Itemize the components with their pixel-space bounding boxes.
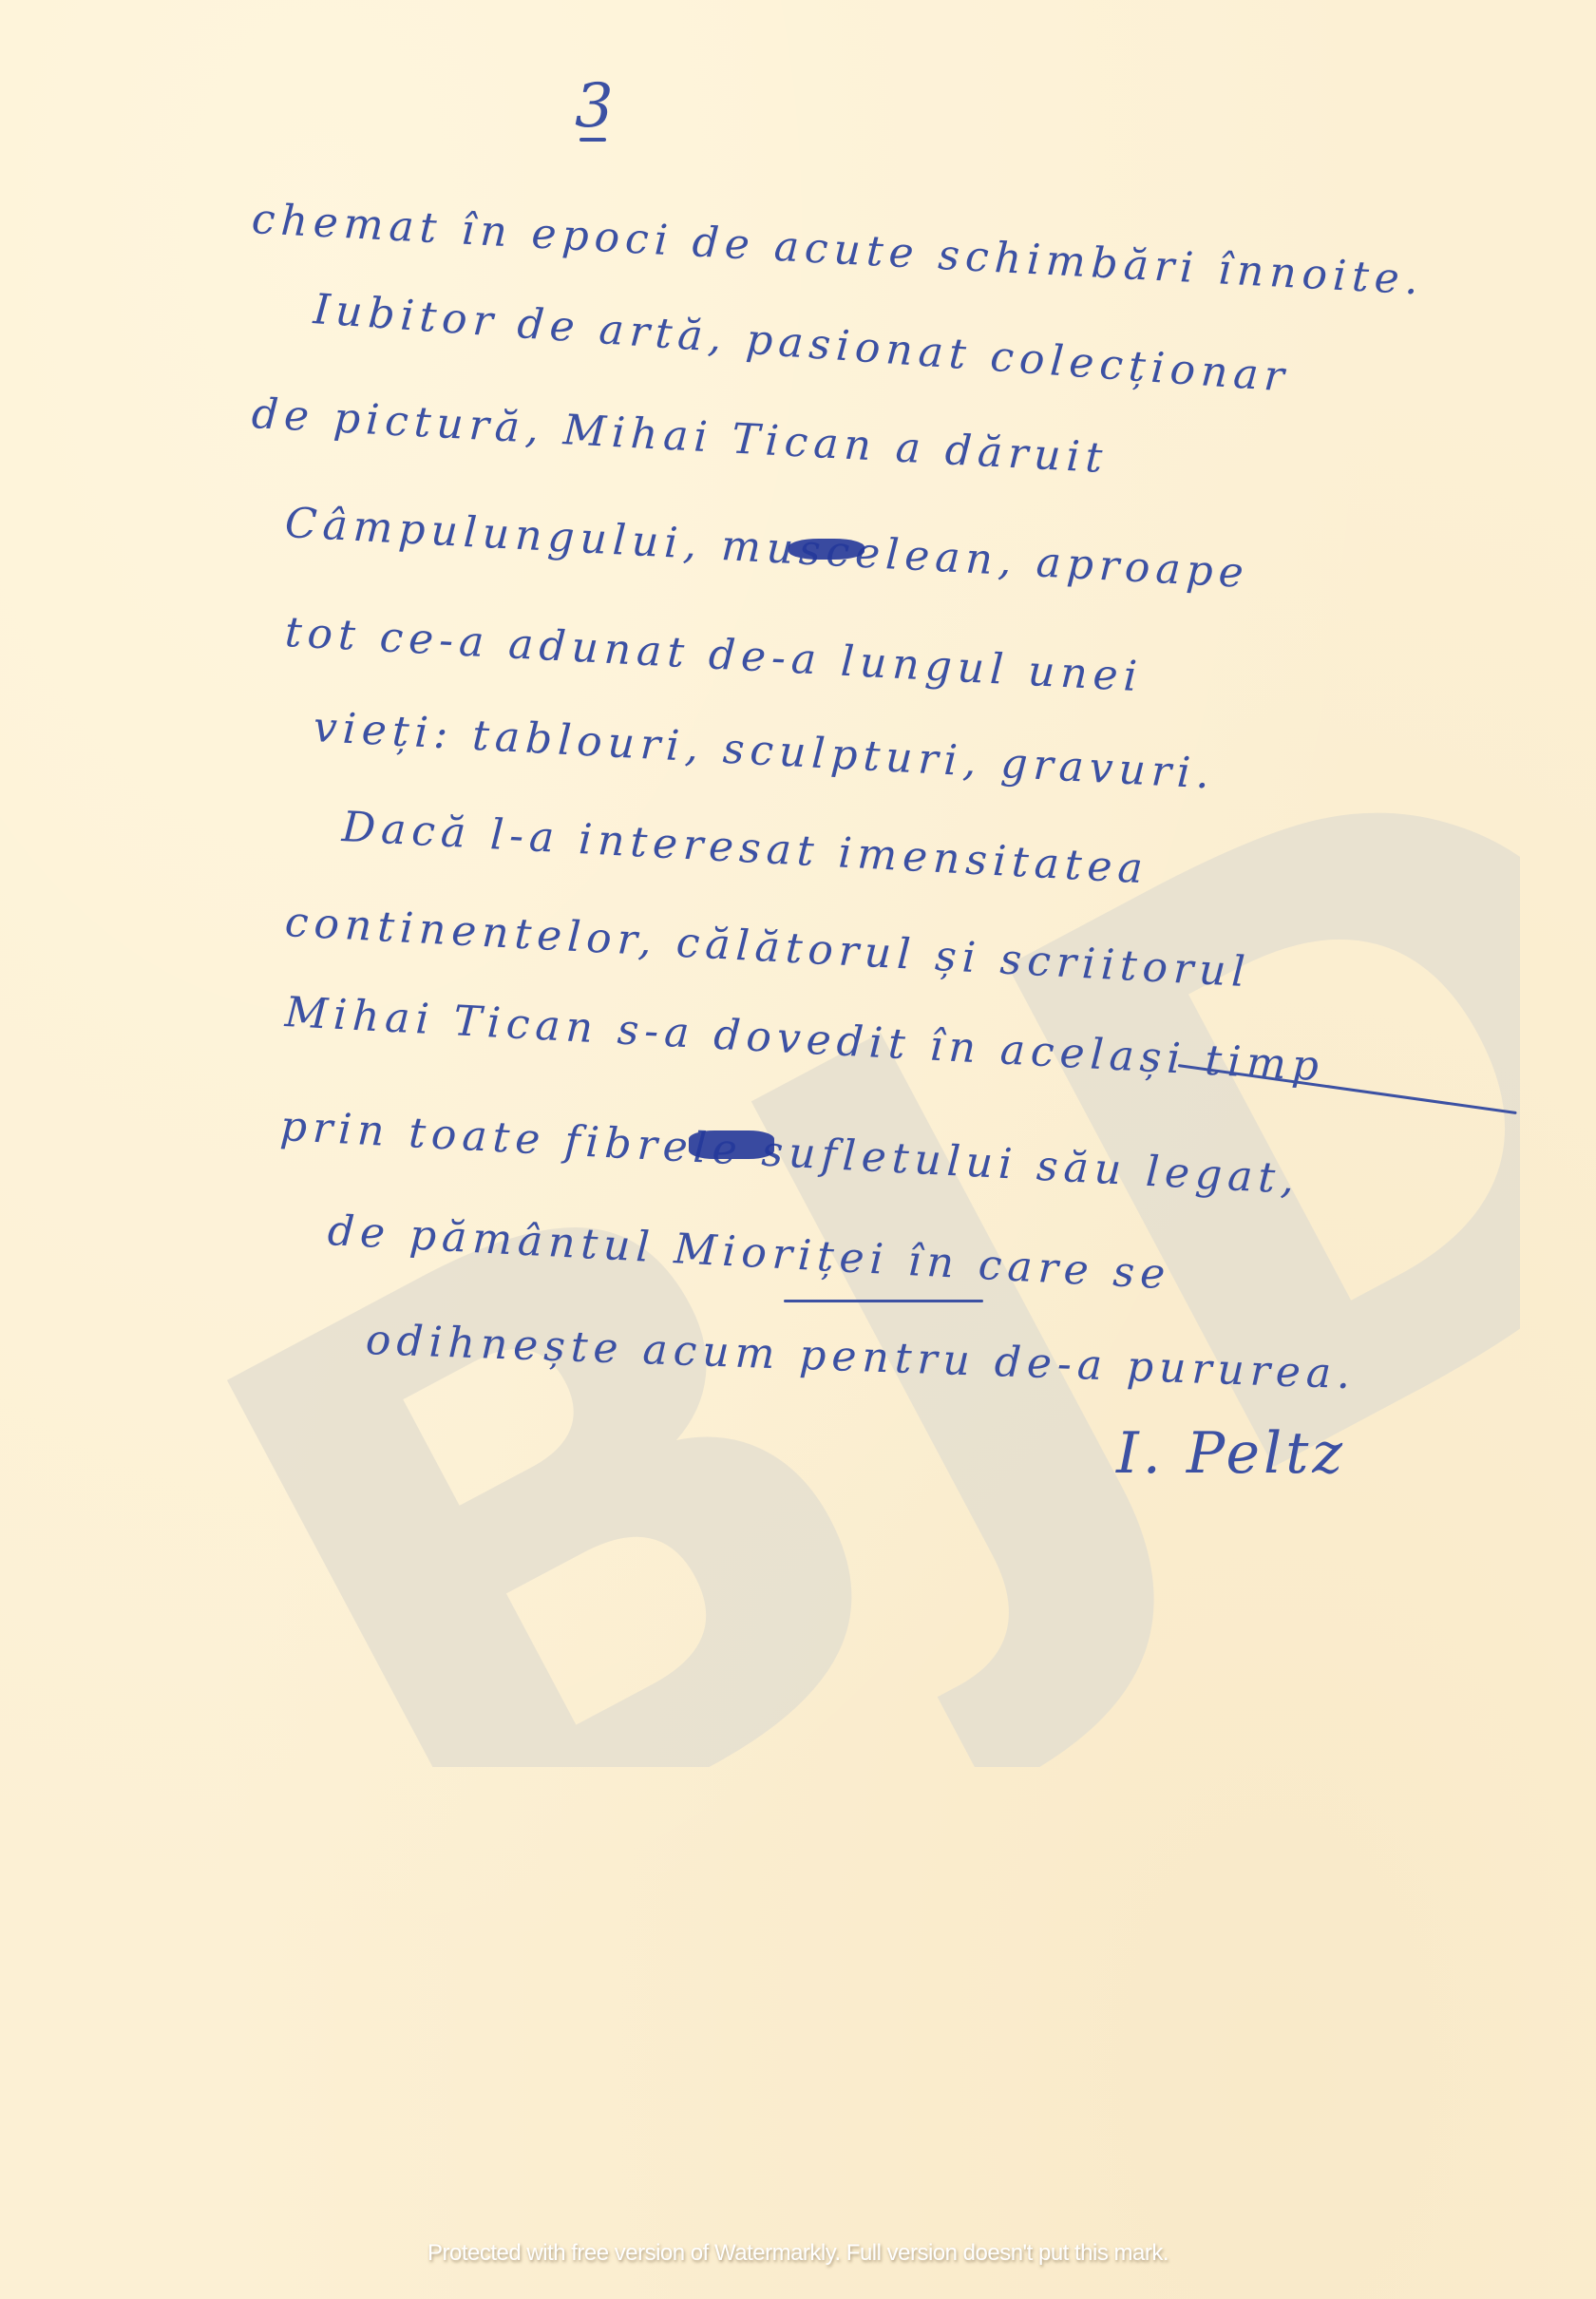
ink-blot <box>788 539 864 560</box>
page-number: 3 <box>575 71 614 142</box>
signature: I. Peltz <box>1116 1420 1346 1487</box>
page-number-underline <box>579 138 606 142</box>
ink-blot-scribble <box>689 1130 774 1159</box>
watermarkly-notice: Protected with free version of Watermark… <box>0 2240 1596 2267</box>
miorita-underline <box>784 1300 983 1302</box>
